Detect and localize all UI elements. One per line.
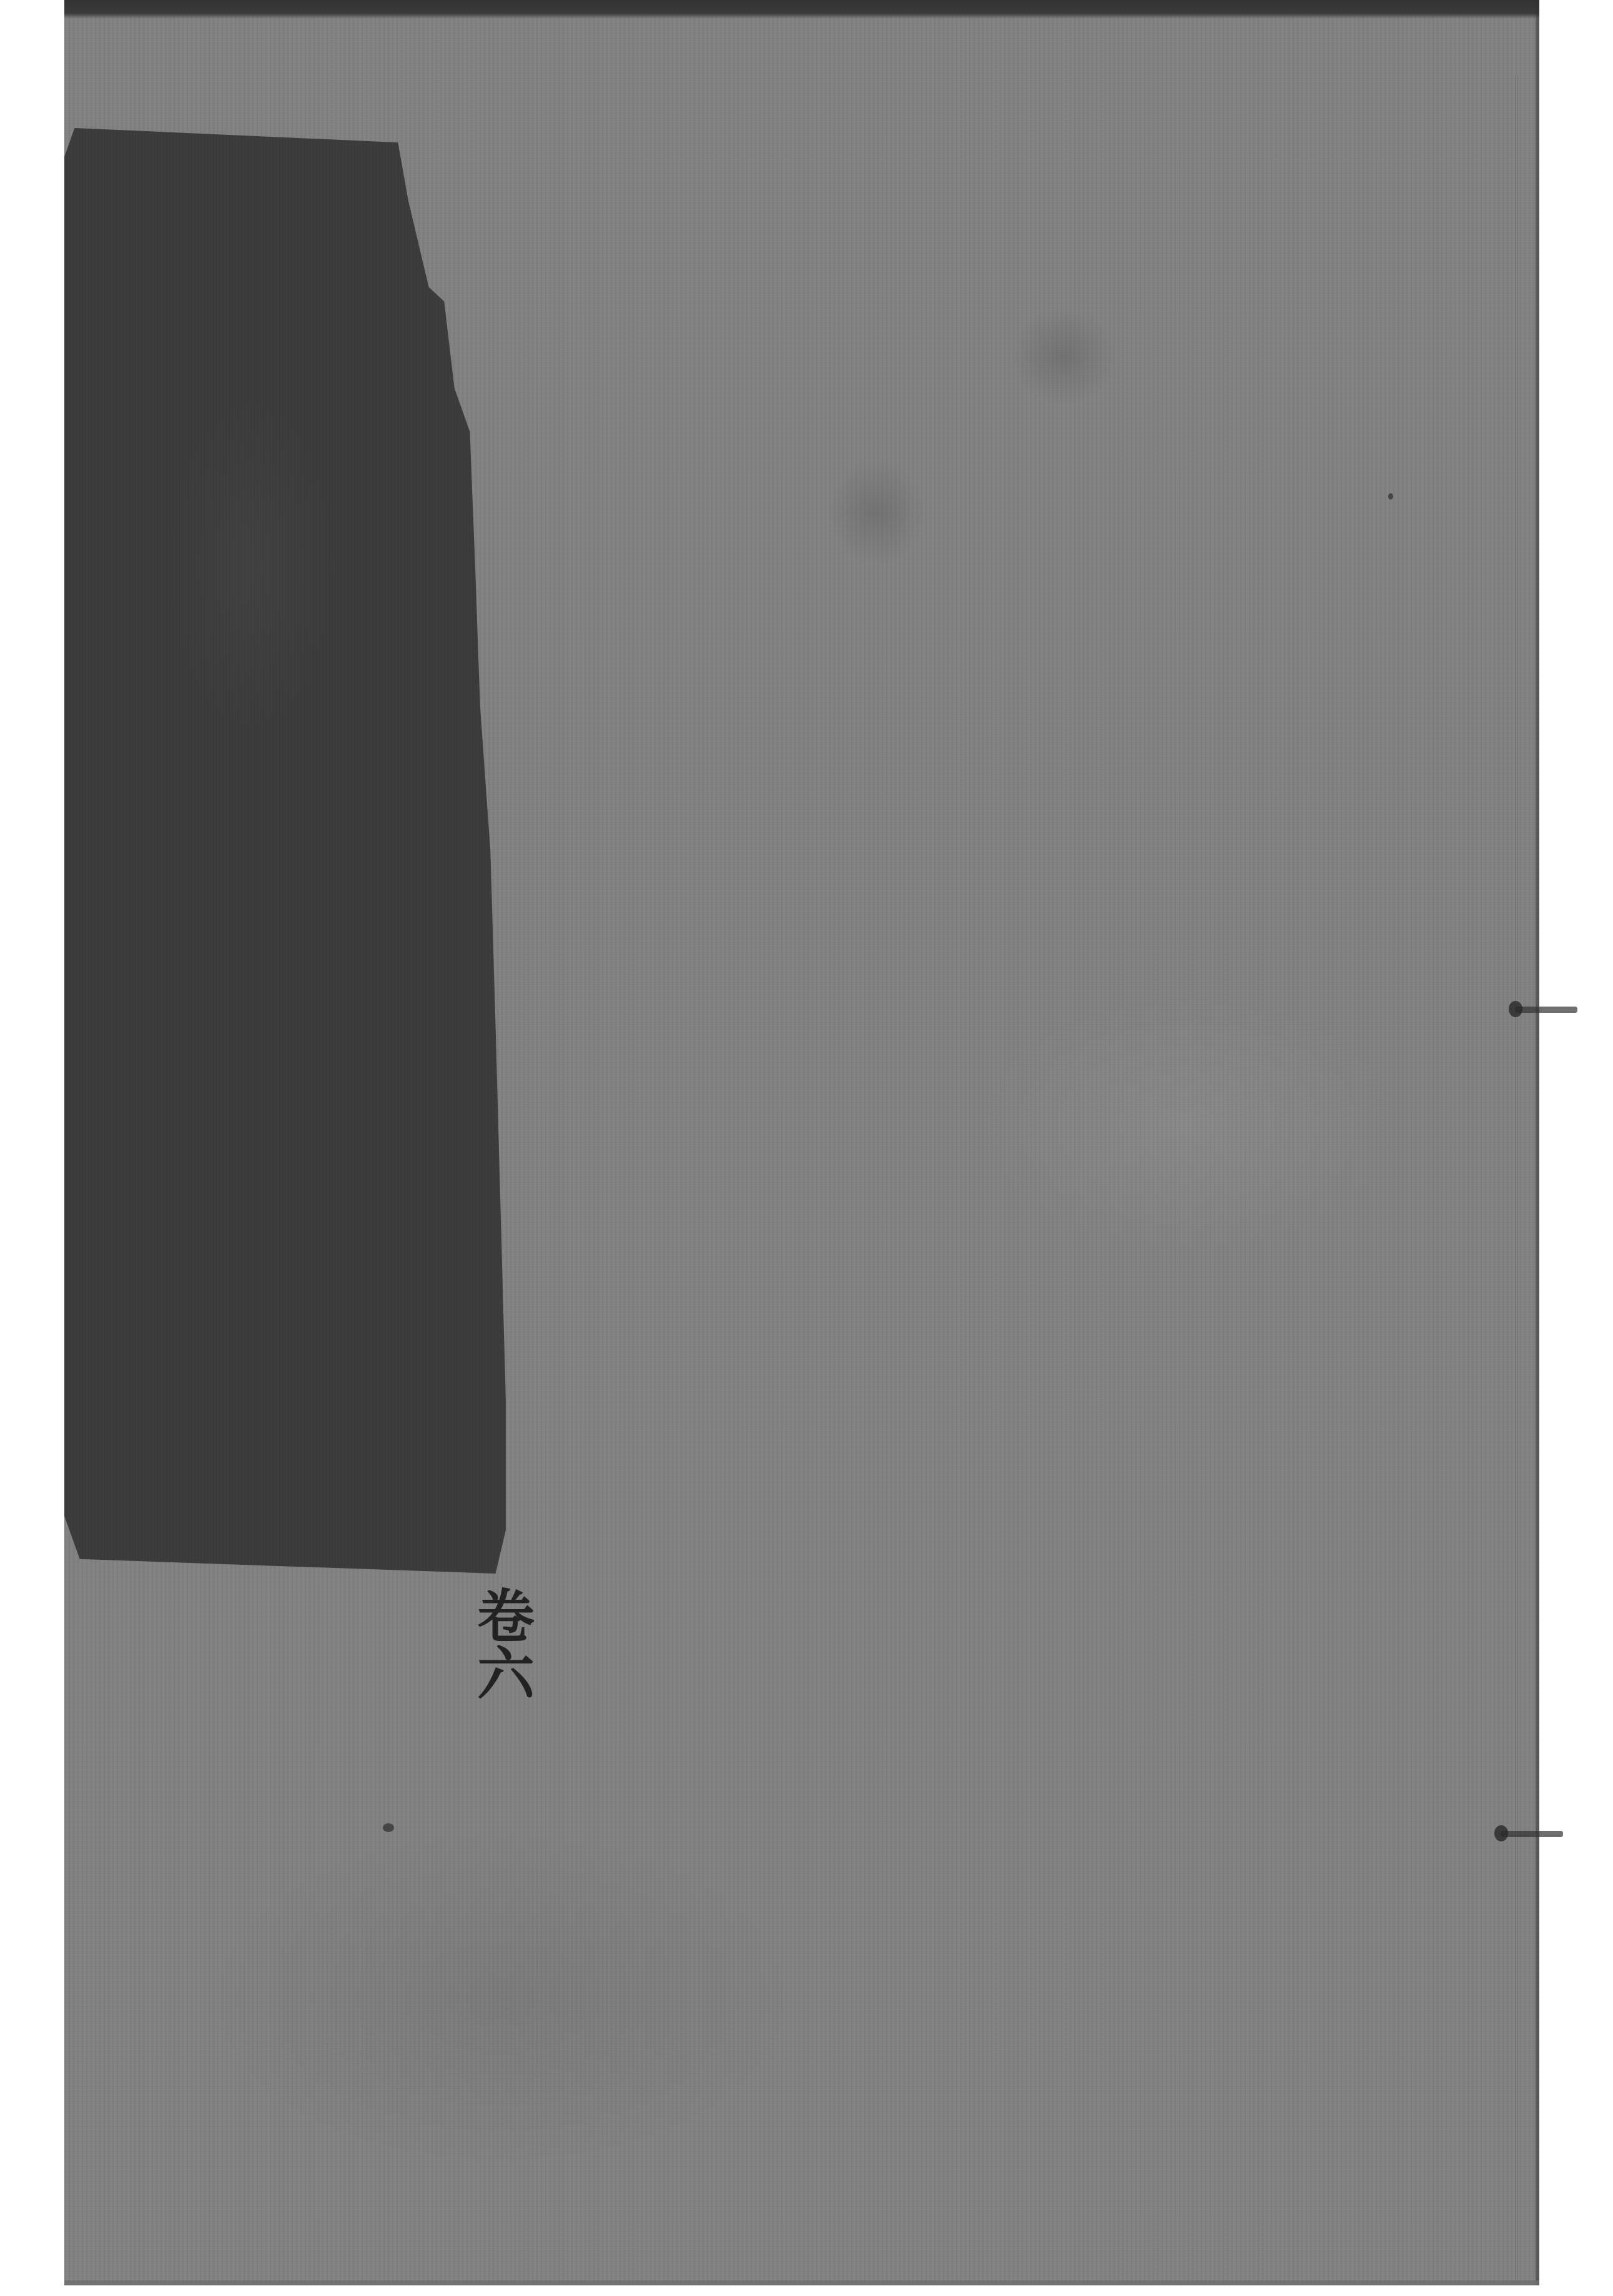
stitch-knot-upper bbox=[1509, 1001, 1522, 1017]
binding-stitch-upper bbox=[1515, 1007, 1577, 1013]
binding-thread bbox=[1515, 75, 1517, 2285]
volume-label: 卷六 bbox=[464, 1586, 539, 1701]
binding-stitch-lower bbox=[1501, 1831, 1563, 1837]
top-edge-shadow bbox=[64, 0, 1539, 19]
title-slip bbox=[64, 128, 578, 1574]
ink-speck bbox=[1388, 493, 1393, 500]
book-cover-page: 卷六 bbox=[64, 0, 1539, 2285]
ink-speck bbox=[383, 1823, 394, 1832]
bottom-page-edge bbox=[64, 2280, 1539, 2285]
right-page-edge bbox=[1536, 0, 1539, 2285]
stitch-knot-lower bbox=[1494, 1825, 1508, 1841]
